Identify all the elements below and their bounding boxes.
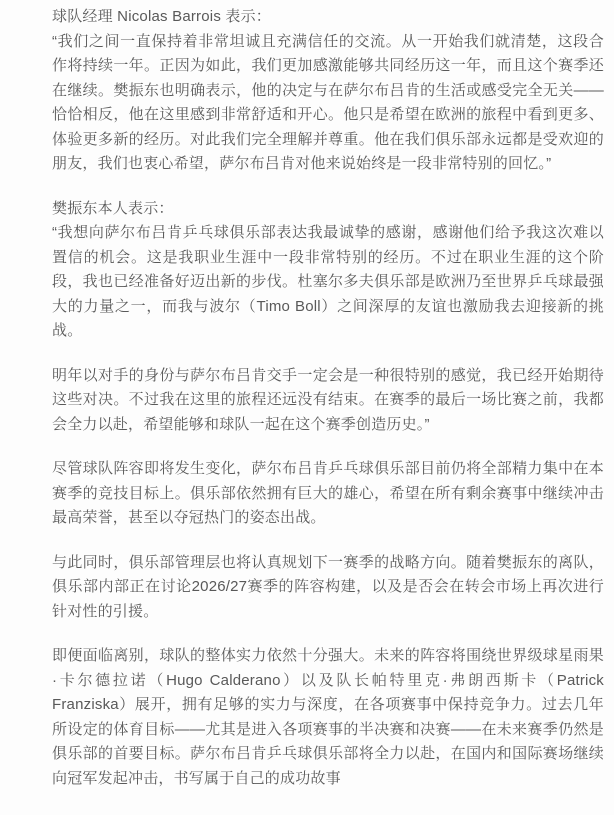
paragraph-body: 尽管球队阵容即将发生变化，萨尔布吕肯乒乓球俱乐部目前仍将全部精力集中在本赛季的竞…	[52, 457, 604, 531]
paragraph-body: 明年以对手的身份与萨尔布吕肯交手一定会是一种很特别的感觉，我已经开始期待这些对决…	[52, 364, 604, 438]
paragraph-body: “我们之间一直保持着非常坦诚且充满信任的交流。从一开始我们就清楚，这段合作将持续…	[52, 30, 604, 177]
paragraph-manager-quote: 球队经理 Nicolas Barrois 表示： “我们之间一直保持着非常坦诚且…	[52, 5, 604, 177]
paragraph-club-season-goals: 尽管球队阵容即将发生变化，萨尔布吕肯乒乓球俱乐部目前仍将全部精力集中在本赛季的竞…	[52, 457, 604, 531]
paragraph-body: 即便面临离别，球队的整体实力依然十分强大。未来的阵容将围绕世界级球星雨果·卡尔德…	[52, 644, 604, 791]
article-body: 球队经理 Nicolas Barrois 表示： “我们之间一直保持着非常坦诚且…	[0, 0, 614, 791]
paragraph-lead: 球队经理 Nicolas Barrois 表示：	[52, 5, 604, 30]
paragraph-body: 与此同时，俱乐部管理层也将认真规划下一赛季的战略方向。随着樊振东的离队，俱乐部内…	[52, 551, 604, 625]
paragraph-body: “我想向萨尔布吕肯乒乓球俱乐部表达我最诚挚的感谢，感谢他们给予我这次难以置信的机…	[52, 221, 604, 344]
paragraph-player-quote: 樊振东本人表示： “我想向萨尔布吕肯乒乓球俱乐部表达我最诚挚的感谢，感谢他们给予…	[52, 197, 604, 344]
paragraph-lead: 樊振东本人表示：	[52, 197, 604, 222]
paragraph-future-roster: 即便面临离别，球队的整体实力依然十分强大。未来的阵容将围绕世界级球星雨果·卡尔德…	[52, 644, 604, 791]
paragraph-player-quote-continued: 明年以对手的身份与萨尔布吕肯交手一定会是一种很特别的感觉，我已经开始期待这些对决…	[52, 364, 604, 438]
paragraph-next-season-planning: 与此同时，俱乐部管理层也将认真规划下一赛季的战略方向。随着樊振东的离队，俱乐部内…	[52, 551, 604, 625]
